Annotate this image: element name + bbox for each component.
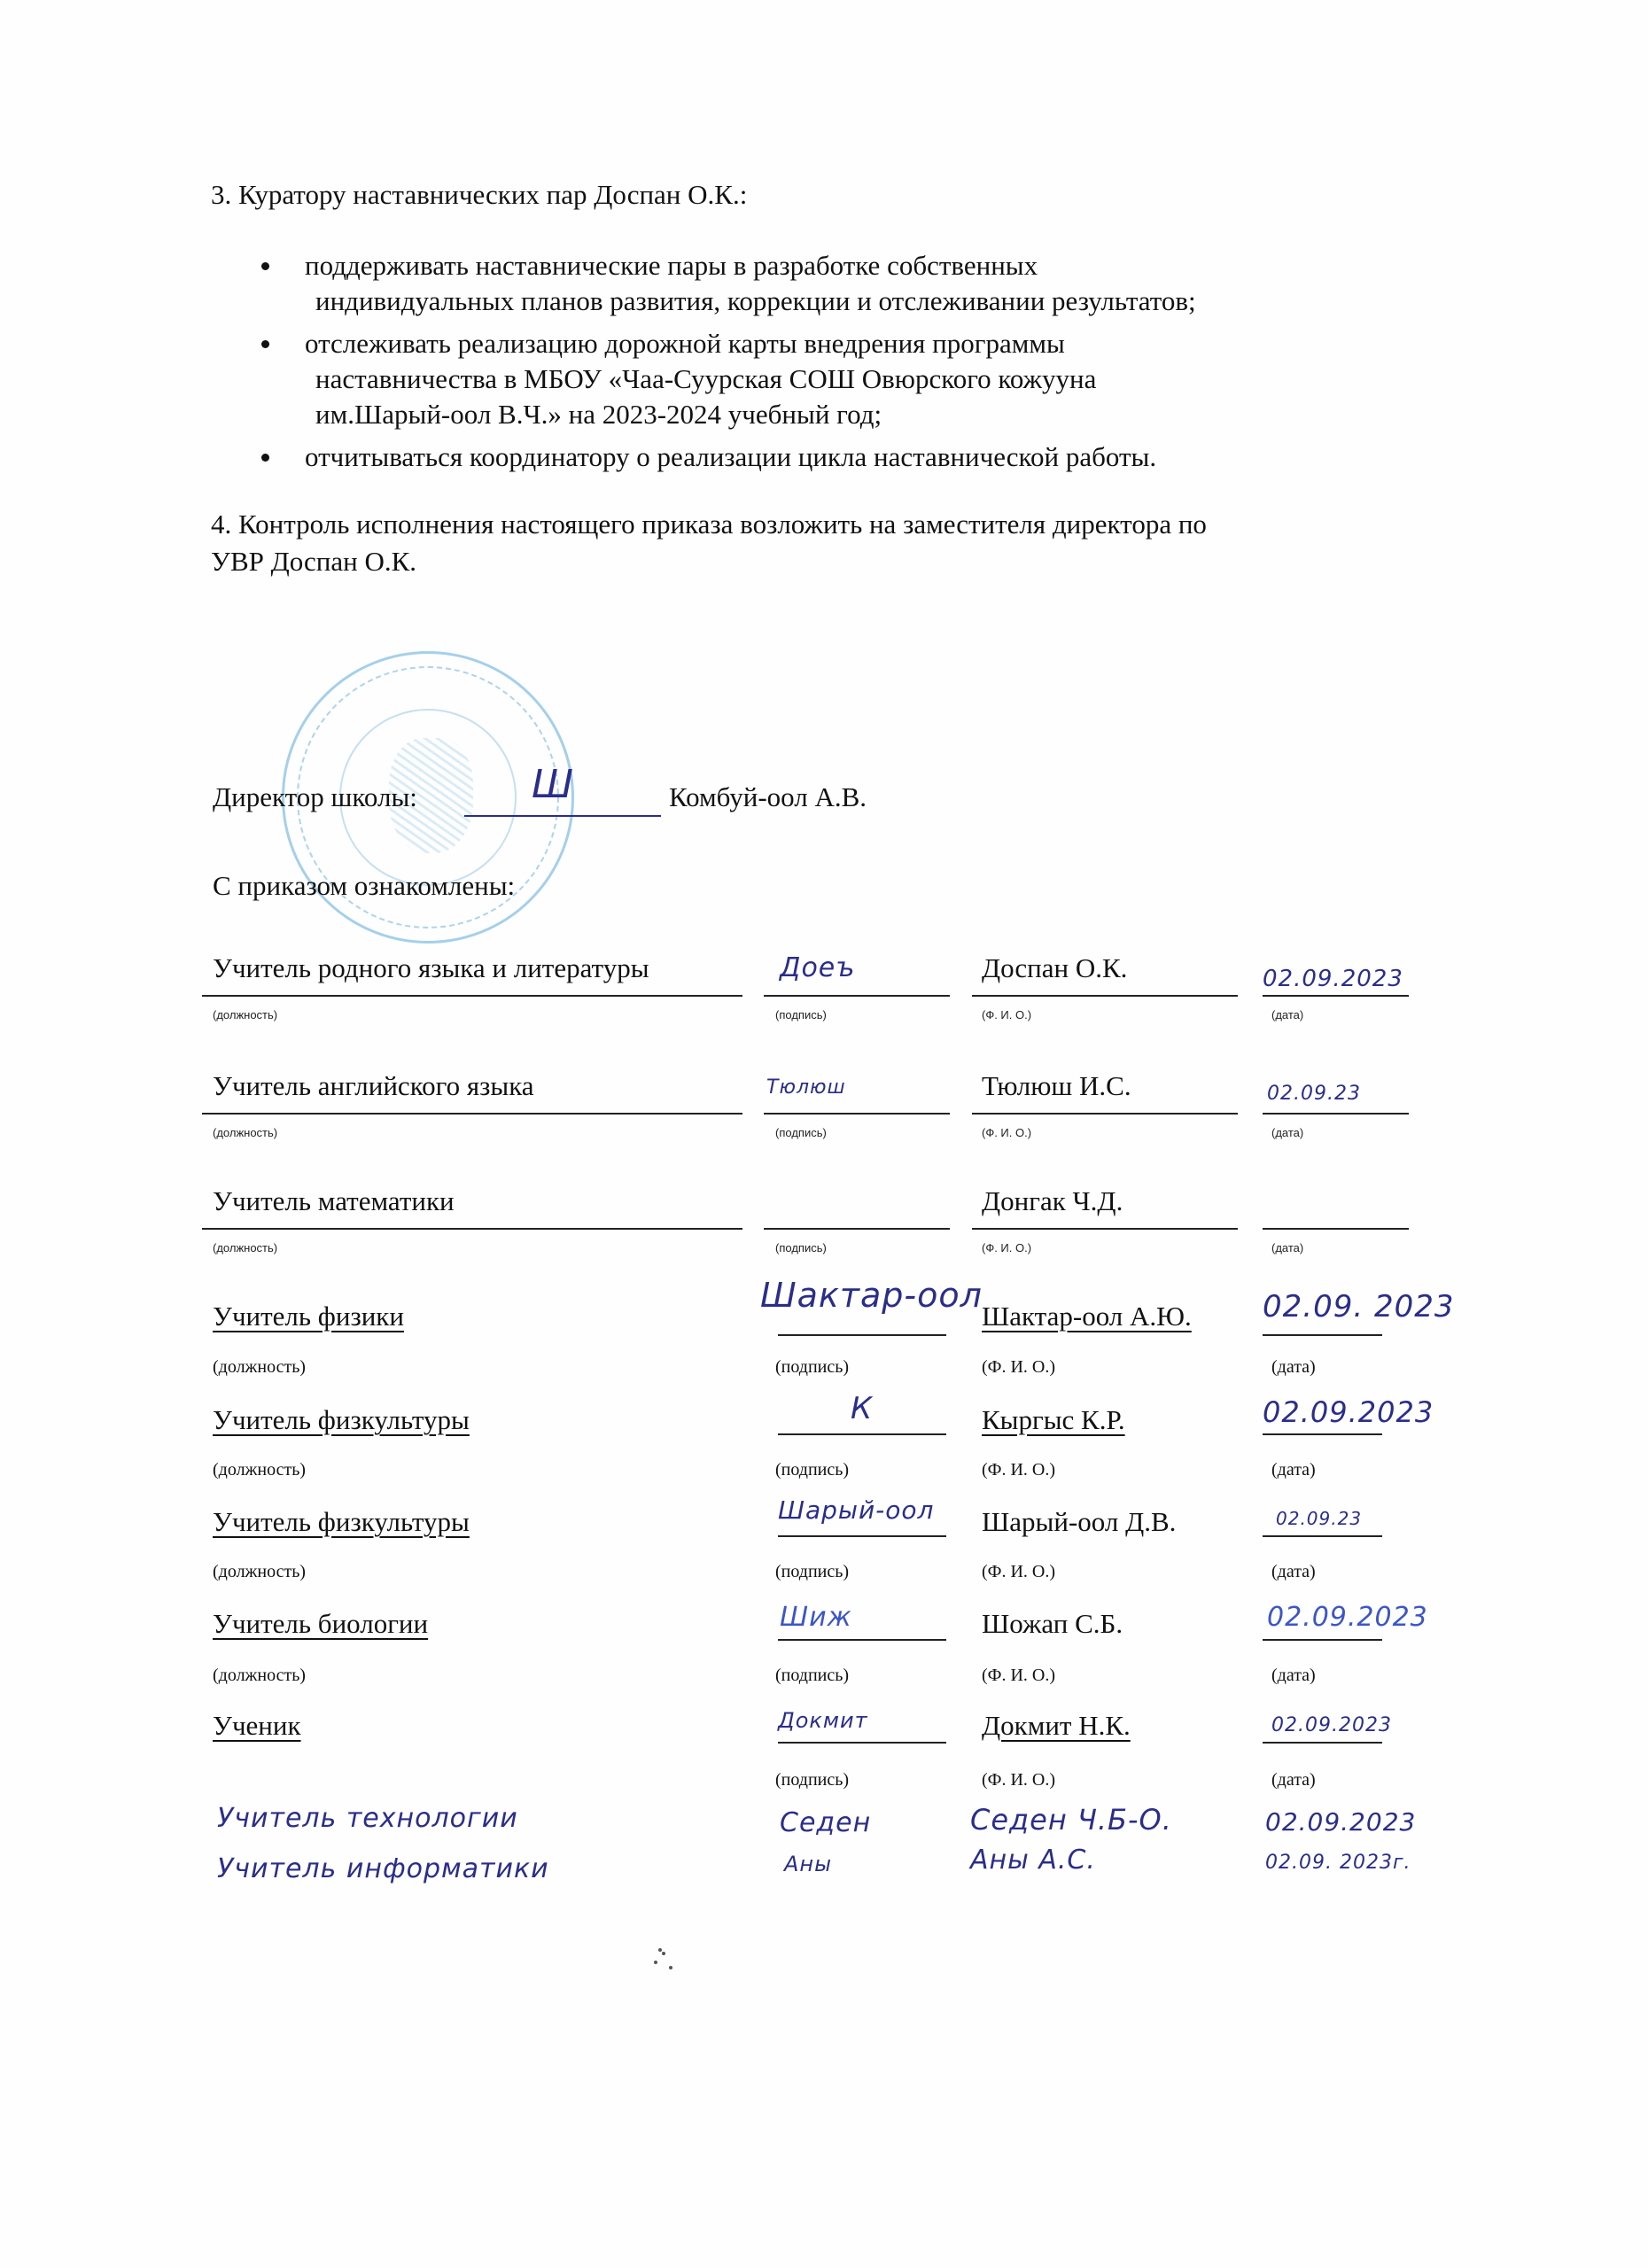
handwritten-signature: Аны (784, 1852, 832, 1876)
row-name: Тюлюш И.С. (982, 1070, 1131, 1102)
position-line (202, 995, 742, 997)
caption-date: (дата) (1271, 1357, 1316, 1378)
caption-signature: (подпись) (775, 1562, 849, 1582)
signature-line (778, 1334, 946, 1336)
row-name: Кыргыс К.Р. (982, 1404, 1125, 1436)
row-position: Учитель физкультуры (213, 1404, 470, 1436)
handwritten-date: 02.09.2023 (1265, 1807, 1416, 1837)
signature-line (764, 1113, 950, 1115)
caption-signature: (подпись) (775, 1241, 827, 1254)
signature-line (764, 995, 950, 997)
caption-position: (должность) (213, 1460, 306, 1480)
row-date: 02.09.23 (1267, 1083, 1361, 1105)
caption-date: (дата) (1271, 1460, 1316, 1480)
caption-signature: (подпись) (775, 1357, 849, 1378)
date-line (1263, 1639, 1382, 1641)
bullet-item: отслеживать реализацию дорожной карты вн… (264, 326, 1196, 432)
bullet-dot-icon (261, 340, 269, 348)
date-line (1263, 1433, 1382, 1435)
row-signature: Докмит (778, 1708, 868, 1733)
bullet-dot-icon (261, 454, 269, 462)
row-date: 02.09. 2023 (1263, 1289, 1454, 1324)
handwritten-signature: Седен (780, 1807, 871, 1838)
bullet-item: отчитываться координатору о реализации ц… (264, 439, 1196, 475)
section-3-heading: 3. Куратору наставнических пар Доспан О.… (211, 177, 747, 213)
date-line (1263, 995, 1409, 997)
caption-signature: (подпись) (775, 1126, 827, 1139)
signature-line (778, 1639, 946, 1641)
row-date: 02.09.2023 (1267, 1602, 1428, 1633)
director-label: Директор школы: (213, 780, 417, 815)
document-page: 3. Куратору наставнических пар Доспан О.… (0, 0, 1648, 2268)
date-line (1263, 1742, 1382, 1744)
scan-artifact-icon (651, 1945, 678, 1971)
row-date: 02.09.2023 (1263, 966, 1403, 992)
caption-date: (дата) (1271, 1666, 1316, 1686)
row-position: Учитель биологии (213, 1608, 428, 1640)
date-line (1263, 1113, 1409, 1115)
section-4-line-1: 4. Контроль исполнения настоящего приказ… (211, 507, 1207, 542)
bullet-item: поддерживать наставнические пары в разра… (264, 248, 1196, 319)
caption-date: (дата) (1271, 1126, 1303, 1139)
row-name: Шактар-оол А.Ю. (982, 1301, 1192, 1332)
row-name: Шарый-оол Д.В. (982, 1506, 1176, 1538)
signature-line (778, 1742, 946, 1744)
bullet-dot-icon (261, 262, 269, 270)
caption-position: (должность) (213, 1008, 277, 1021)
row-position: Учитель английского языка (213, 1070, 534, 1102)
row-date: 02.09.2023 (1263, 1395, 1434, 1429)
caption-fio: (Ф. И. О.) (982, 1770, 1055, 1790)
caption-fio: (Ф. И. О.) (982, 1562, 1055, 1582)
caption-date: (дата) (1271, 1770, 1316, 1790)
caption-date: (дата) (1271, 1008, 1303, 1021)
director-signature: Ш (532, 762, 574, 807)
caption-signature: (подпись) (775, 1770, 849, 1790)
signature-line (778, 1535, 946, 1537)
name-line (972, 995, 1238, 997)
caption-fio: (Ф. И. О.) (982, 1241, 1031, 1254)
row-date: 02.09.2023 (1271, 1714, 1392, 1736)
row-date: 02.09.23 (1276, 1508, 1362, 1529)
row-position: Учитель физики (213, 1301, 404, 1332)
acknowledged-heading: С приказом ознакомлены: (213, 868, 515, 904)
caption-fio: (Ф. И. О.) (982, 1460, 1055, 1480)
handwritten-position: Учитель технологии (217, 1803, 518, 1834)
handwritten-position: Учитель информатики (217, 1853, 549, 1884)
row-signature: Тюлюш (766, 1076, 846, 1099)
date-line (1263, 1228, 1409, 1230)
row-position: Учитель родного языка и литературы (213, 952, 649, 984)
caption-signature: (подпись) (775, 1008, 827, 1021)
director-signature-line (464, 815, 661, 817)
date-line (1263, 1535, 1382, 1537)
caption-signature: (подпись) (775, 1460, 849, 1480)
caption-signature: (подпись) (775, 1666, 849, 1686)
caption-date: (дата) (1271, 1241, 1303, 1254)
row-name: Шожап С.Б. (982, 1608, 1123, 1640)
position-line (202, 1113, 742, 1115)
signature-line (778, 1433, 946, 1435)
caption-position: (должность) (213, 1126, 277, 1139)
name-line (972, 1228, 1238, 1230)
position-line (202, 1228, 742, 1230)
row-signature: Доеъ (780, 952, 855, 983)
caption-position: (должность) (213, 1666, 306, 1686)
caption-position: (должность) (213, 1357, 306, 1378)
caption-position: (должность) (213, 1562, 306, 1582)
row-name: Докмит Н.К. (982, 1710, 1131, 1742)
caption-fio: (Ф. И. О.) (982, 1357, 1055, 1378)
director-name: Комбуй-оол А.В. (669, 780, 867, 815)
handwritten-date: 02.09. 2023г. (1265, 1852, 1411, 1874)
row-position: Учитель математики (213, 1185, 455, 1217)
signature-line (764, 1228, 950, 1230)
row-name: Донгак Ч.Д. (982, 1185, 1123, 1217)
row-signature: Шиж (780, 1602, 852, 1633)
caption-fio: (Ф. И. О.) (982, 1008, 1031, 1021)
name-line (972, 1113, 1238, 1115)
row-signature: К (851, 1391, 873, 1426)
caption-fio: (Ф. И. О.) (982, 1666, 1055, 1686)
row-name: Доспан О.К. (982, 952, 1127, 984)
handwritten-name: Седен Ч.Б-О. (970, 1803, 1172, 1837)
date-line (1263, 1334, 1382, 1336)
caption-date: (дата) (1271, 1562, 1316, 1582)
row-position: Ученик (213, 1710, 301, 1742)
row-signature: Шактар-оол (760, 1276, 983, 1315)
row-position: Учитель физкультуры (213, 1506, 470, 1538)
handwritten-name: Аны А.С. (970, 1845, 1096, 1876)
row-signature: Шарый-оол (778, 1495, 934, 1525)
section-4-line-2: УВР Доспан О.К. (211, 544, 416, 579)
caption-fio: (Ф. И. О.) (982, 1126, 1031, 1139)
section-3-bullet-list: поддерживать наставнические пары в разра… (264, 248, 1196, 475)
caption-position: (должность) (213, 1241, 277, 1254)
